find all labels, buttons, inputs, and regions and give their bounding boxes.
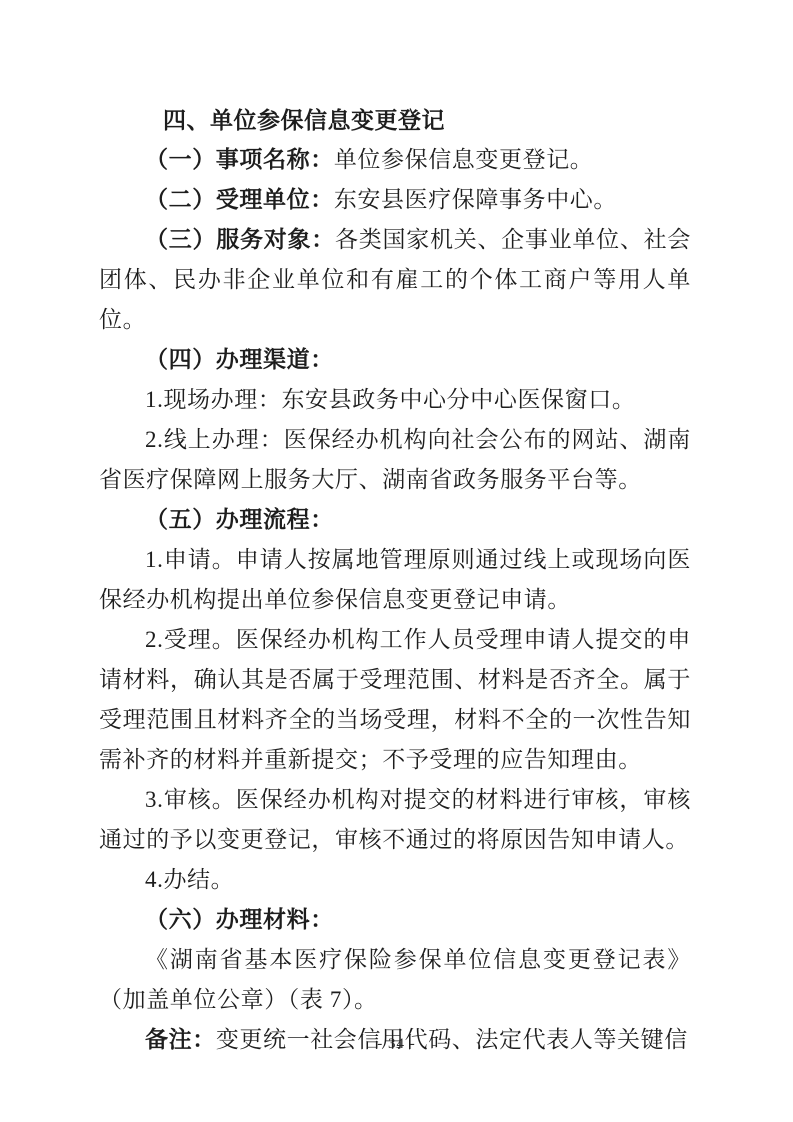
paragraph-label: （六）办理材料：: [145, 907, 334, 932]
paragraph-text: 2.线上办理：医保经办机构向社会公布的网站、湖南省医疗保障网上服务大厅、湖南省政…: [99, 427, 691, 492]
paragraph: 1.现场办理：东安县政务中心分中心医保窗口。: [99, 380, 691, 420]
paragraph: 3.审核。医保经办机构对提交的材料进行审核，审核通过的予以变更登记，审核不通过的…: [99, 780, 691, 860]
section-title: 四、单位参保信息变更登记: [99, 100, 691, 140]
paragraph: 2.线上办理：医保经办机构向社会公布的网站、湖南省医疗保障网上服务大厅、湖南省政…: [99, 420, 691, 500]
paragraph: 4.办结。: [99, 860, 691, 900]
paragraph-text: 东安县医疗保障事务中心。: [334, 187, 617, 212]
page-number: - 34 -: [0, 1036, 793, 1053]
paragraph: 《湖南省基本医疗保险参保单位信息变更登记表》（加盖单位公章）（表 7）。: [99, 940, 691, 1020]
paragraph-text: 单位参保信息变更登记。: [334, 147, 594, 172]
paragraph-text: 1.申请。申请人按属地管理原则通过线上或现场向医保经办机构提出单位参保信息变更登…: [99, 547, 691, 612]
paragraph-text: 2.受理。医保经办机构工作人员受理申请人提交的申请材料，确认其是否属于受理范围、…: [99, 627, 691, 772]
paragraph-text: 4.办结。: [145, 867, 234, 892]
paragraph-label: （三）服务对象：: [145, 227, 335, 252]
paragraph: （六）办理材料：: [99, 900, 691, 940]
paragraph: （一）事项名称：单位参保信息变更登记。: [99, 140, 691, 180]
paragraph-label: （一）事项名称：: [145, 147, 334, 172]
paragraph: （四）办理渠道：: [99, 340, 691, 380]
paragraph: （三）服务对象：各类国家机关、企事业单位、社会团体、民办非企业单位和有雇工的个体…: [99, 220, 691, 340]
paragraph-label: （五）办理流程：: [145, 507, 334, 532]
document-body: 四、单位参保信息变更登记 （一）事项名称：单位参保信息变更登记。（二）受理单位：…: [99, 100, 691, 1060]
paragraph-text: 1.现场办理：东安县政务中心分中心医保窗口。: [145, 387, 635, 412]
paragraph-label: （二）受理单位：: [145, 187, 334, 212]
paragraph-text: 《湖南省基本医疗保险参保单位信息变更登记表》（加盖单位公章）（表 7）。: [99, 947, 691, 1012]
paragraph: 2.受理。医保经办机构工作人员受理申请人提交的申请材料，确认其是否属于受理范围、…: [99, 620, 691, 780]
paragraph-label: （四）办理渠道：: [145, 347, 334, 372]
paragraph: （五）办理流程：: [99, 500, 691, 540]
paragraph-text: 3.审核。医保经办机构对提交的材料进行审核，审核通过的予以变更登记，审核不通过的…: [99, 787, 691, 852]
paragraph: 1.申请。申请人按属地管理原则通过线上或现场向医保经办机构提出单位参保信息变更登…: [99, 540, 691, 620]
paragraph: （二）受理单位：东安县医疗保障事务中心。: [99, 180, 691, 220]
document-page: 四、单位参保信息变更登记 （一）事项名称：单位参保信息变更登记。（二）受理单位：…: [0, 0, 793, 1122]
paragraph-container: （一）事项名称：单位参保信息变更登记。（二）受理单位：东安县医疗保障事务中心。（…: [99, 140, 691, 1060]
